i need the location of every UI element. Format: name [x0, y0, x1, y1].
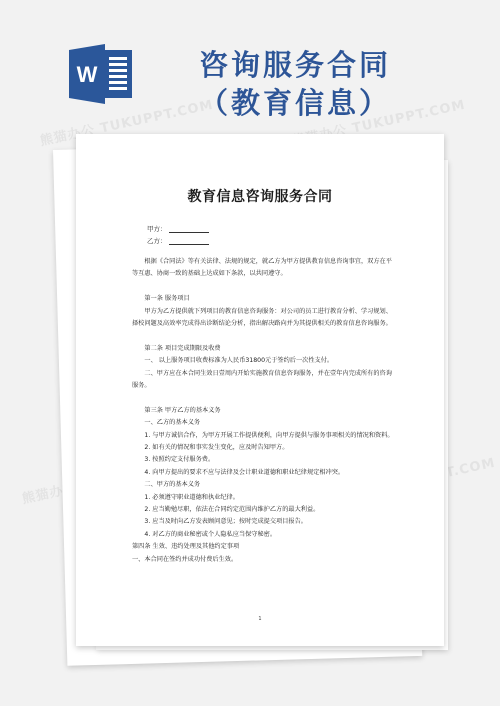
document-body: 根据《合同法》等有关法律、法规的规定，就乙方为甲方提供教育信息咨询事宜，双方在平…	[132, 256, 394, 566]
document-paragraph: 3. 应当及时向乙方发表顾问意见；按时完成提交项目报告。	[132, 516, 394, 528]
party-a-field: 甲方：	[147, 224, 209, 233]
document-paragraph: 2. 应当勤勉尽职，依法在合同约定范围内维护乙方的最大利益。	[132, 504, 394, 516]
party-b-blank	[169, 244, 209, 245]
document-paragraph: 第二条 项目完成期限及收费	[132, 343, 394, 355]
document-paragraph: 2. 如有关的情况和事实发生变化，应及时告知甲方。	[132, 442, 394, 454]
document-paragraph: 一、乙方的基本义务	[132, 417, 394, 429]
party-b-label: 乙方：	[147, 237, 167, 245]
document-paragraph: 一、 以上服务项目收费标准为人民币31800元于签约后一次性支付。	[132, 355, 394, 367]
document-paragraph: 4. 对乙方的商业秘密或个人隐私应当保守秘密。	[132, 529, 394, 541]
banner-title-line1: 咨询服务合同	[180, 46, 410, 84]
document-paragraph: 一、本合同在签约并成功付费后生效。	[132, 554, 394, 566]
document-paragraph: 第三条 甲方乙方的基本义务	[132, 405, 394, 417]
document-paragraph: 第一条 服务项目	[132, 293, 394, 305]
document-paragraph: 甲方为乙方提供就下列项目的教育信息咨询服务：对公司的员工进行教育分析、学习规划、…	[132, 306, 394, 331]
document-paragraph: 4. 向甲方提出的要求不应与法律及会计职业道德和职业纪律规定相冲突。	[132, 467, 394, 479]
page-number: 1	[76, 616, 444, 622]
party-b-field: 乙方：	[147, 236, 209, 245]
paragraph-gap	[132, 281, 394, 293]
document-paragraph: 第四条 生效、违约处理及其他约定事项	[132, 541, 394, 553]
party-a-blank	[169, 232, 209, 233]
paragraph-gap	[132, 330, 394, 342]
document-paragraph: 1. 必须遵守职业道德和执业纪律。	[132, 492, 394, 504]
word-document-icon: W	[69, 44, 135, 104]
document-paragraph: 二、甲方应在本合同生效日壹周内开始实施教育信息咨询服务，并在壹年内完成所有的咨询…	[132, 368, 394, 393]
svg-text:W: W	[77, 62, 98, 87]
document-paragraph: 1. 与甲方诚信合作，为甲方开展工作提供便利，向甲方提供与服务事项相关的情况和资…	[132, 430, 394, 442]
document-page: 教育信息咨询服务合同 甲方： 乙方： 根据《合同法》等有关法律、法规的规定，就乙…	[76, 134, 444, 646]
document-title: 教育信息咨询服务合同	[76, 186, 444, 206]
party-a-label: 甲方：	[147, 225, 167, 233]
paragraph-gap	[132, 392, 394, 404]
document-paragraph: 根据《合同法》等有关法律、法规的规定，就乙方为甲方提供教育信息咨询事宜，双方在平…	[132, 256, 394, 281]
document-paragraph: 3. 按照约定支付服务费。	[132, 454, 394, 466]
document-paragraph: 二、甲方的基本义务	[132, 479, 394, 491]
